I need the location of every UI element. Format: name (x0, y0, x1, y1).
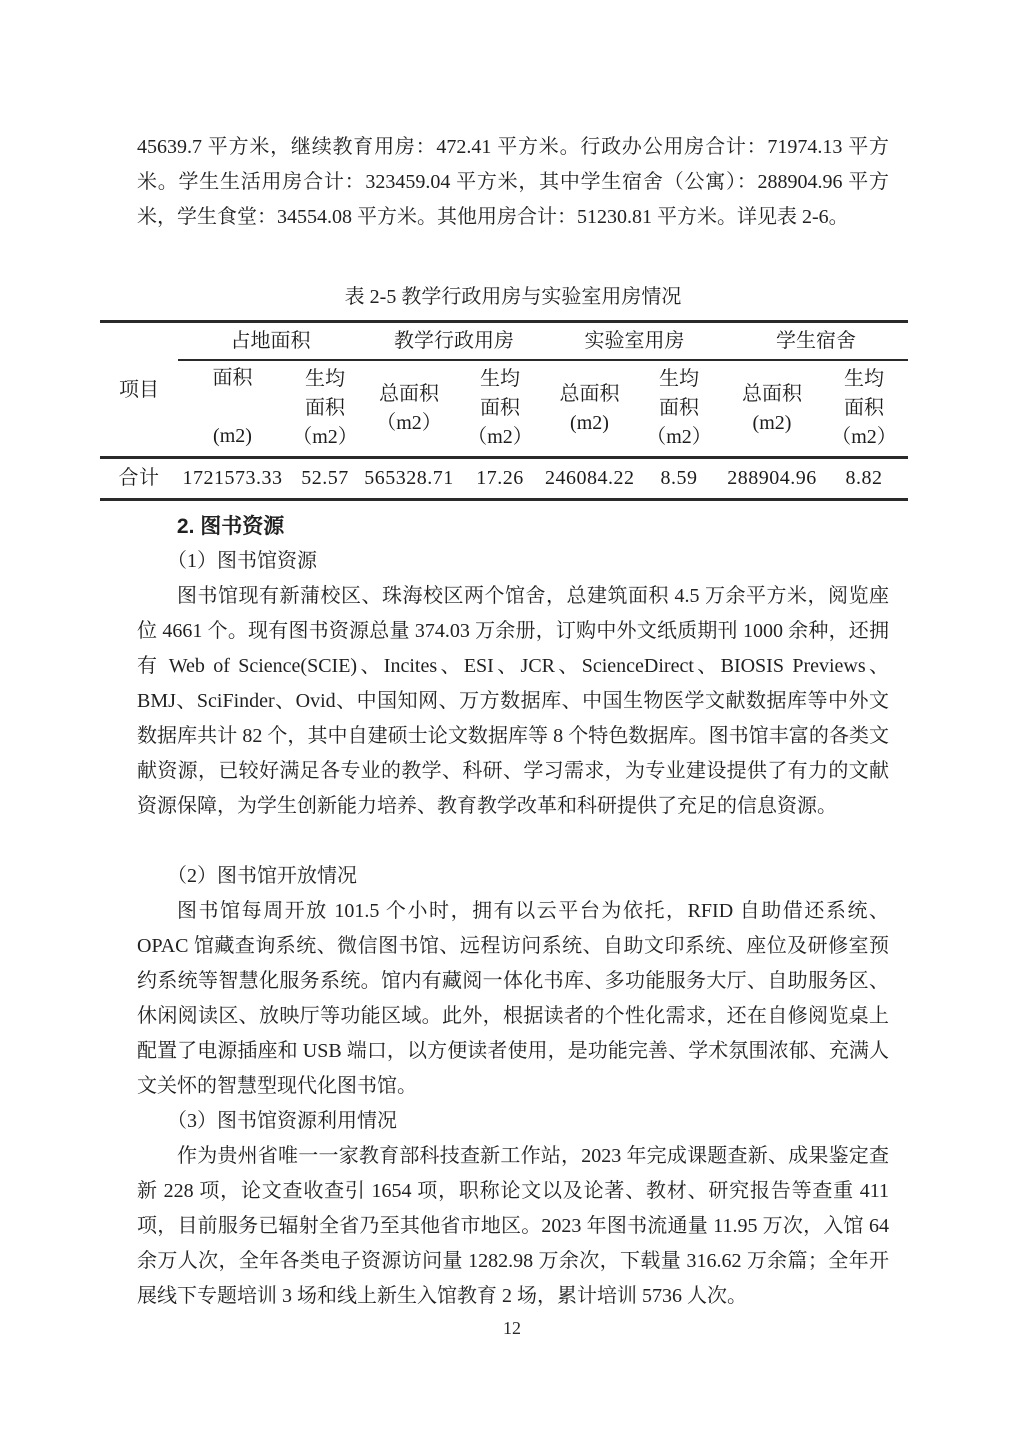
paragraph-library-utilization: 作为贵州省唯一一家教育部科技查新工作站，2023 年完成课题查新、成果鉴定查新 … (137, 1139, 889, 1314)
cell-teaching-per-student: 17.26 (455, 458, 545, 500)
paragraph-library-resources: 图书馆现有新蒲校区、珠海校区两个馆舍，总建筑面积 4.5 万余平方米，阅览座位 … (137, 579, 889, 859)
sub-header-total-area-1: 总面积 （m2） (363, 360, 455, 458)
sub-header-per-student-4: 生均 面积 （m2） (820, 360, 908, 458)
row-label: 合计 (100, 458, 178, 500)
sub-header-total-area-2: 总面积(m2) (545, 360, 634, 458)
sub-heading-library-utilization: （3）图书馆资源利用情况 (137, 1104, 889, 1139)
document-page: 45639.7 平方米，继续教育用房：472.41 平方米。行政办公用房合计：7… (0, 0, 1024, 1448)
page-number: 12 (0, 1318, 1024, 1339)
sub-header-per-student-1: 生均 面积 （m2） (287, 360, 363, 458)
section-heading-library-resources: 2. 图书资源 (137, 509, 889, 544)
cell-dorm-total: 288904.96 (724, 458, 820, 500)
group-header-teaching-admin: 教学行政用房 (363, 322, 545, 361)
page-content: 45639.7 平方米，继续教育用房：472.41 平方米。行政办公用房合计：7… (137, 130, 889, 1314)
table-row-total: 合计 1721573.33 52.57 565328.71 17.26 2460… (100, 458, 908, 500)
table-2-5: 项目 占地面积 教学行政用房 实验室用房 学生宿舍 面积 (m2) 生均 面积 … (100, 320, 908, 501)
sub-header-area: 面积 (m2) (178, 360, 287, 458)
paragraph-library-opening: 图书馆每周开放 101.5 个小时，拥有以云平台为依托，RFID 自助借还系统、… (137, 894, 889, 1104)
sub-header-per-student-3: 生均 面积 （m2） (634, 360, 724, 458)
table-sub-header-row: 面积 (m2) 生均 面积 （m2） 总面积 （m2） 生均 面积 （m2） 总… (100, 360, 908, 458)
cell-teaching-total: 565328.71 (363, 458, 455, 500)
cell-dorm-per-student: 8.82 (820, 458, 908, 500)
cell-land-area: 1721573.33 (178, 458, 287, 500)
cell-lab-per-student: 8.59 (634, 458, 724, 500)
table-caption: 表 2-5 教学行政用房与实验室用房情况 (137, 280, 889, 315)
cell-land-per-student: 52.57 (287, 458, 363, 500)
paragraph-building-areas: 45639.7 平方米，继续教育用房：472.41 平方米。行政办公用房合计：7… (137, 130, 889, 270)
group-header-dormitory: 学生宿舍 (724, 322, 908, 361)
table-group-header-row: 项目 占地面积 教学行政用房 实验室用房 学生宿舍 (100, 322, 908, 361)
table-corner-header: 项目 (100, 322, 178, 458)
group-header-laboratory: 实验室用房 (545, 322, 724, 361)
cell-lab-total: 246084.22 (545, 458, 634, 500)
sub-header-total-area-3: 总面积(m2) (724, 360, 820, 458)
sub-header-per-student-2: 生均 面积 （m2） (455, 360, 545, 458)
sub-heading-library-resources: （1）图书馆资源 (137, 544, 889, 579)
group-header-land-area: 占地面积 (178, 322, 363, 361)
sub-heading-library-opening: （2）图书馆开放情况 (137, 859, 889, 894)
